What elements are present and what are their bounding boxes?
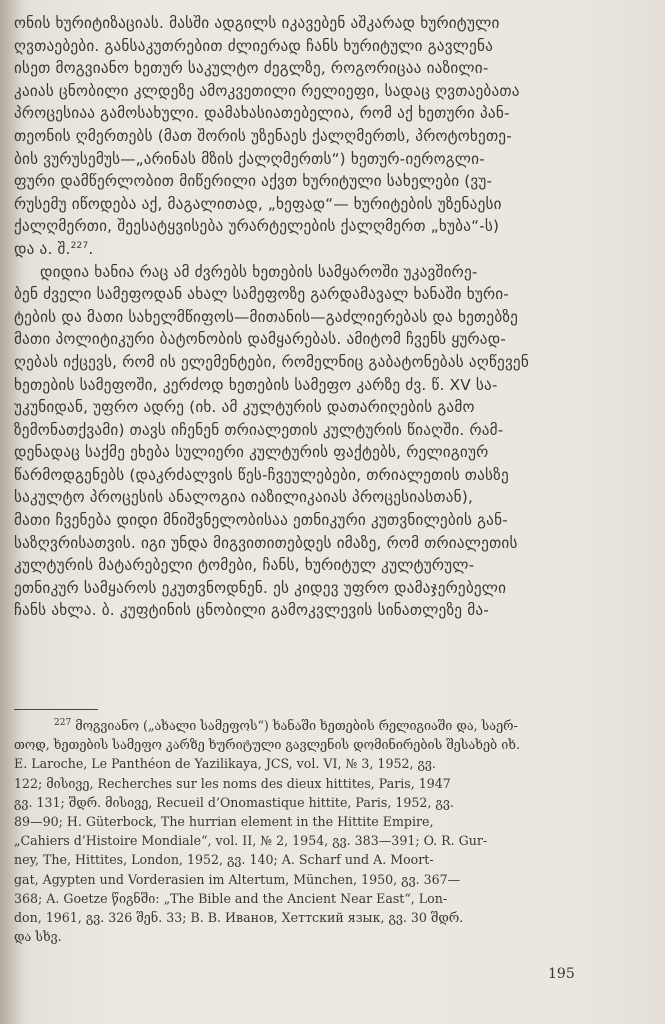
footnote-line: 89—90; H. Güterbock, The hurrian element… bbox=[14, 812, 580, 831]
text-line: ისეთ მოგვიანო ხეთურ საკულტო ძეგლზე, როგო… bbox=[14, 57, 574, 80]
text-line: ბენ ძველი სამეფოდან ახალ სამეფოზე გარდამ… bbox=[14, 283, 574, 306]
text-line: ონის ხურიტიზაციას. მასში ადგილს იკავებენ… bbox=[14, 12, 574, 35]
text-line: ღვთაებები. განსაკუთრებით ძლიერად ჩანს ხუ… bbox=[14, 35, 574, 58]
book-page: ონის ხურიტიზაციას. მასში ადგილს იკავებენ… bbox=[0, 0, 665, 1024]
footnote-marker: 227 bbox=[54, 718, 71, 728]
text-line: წარმოდგენებს (დაკრძალვის წეს-ჩვეულებები,… bbox=[14, 464, 574, 487]
body-text: ონის ხურიტიზაციას. მასში ადგილს იკავებენ… bbox=[14, 12, 574, 622]
text-line: რუსემუ იწოდება აქ, მაგალითად, „ხეფად“— ხ… bbox=[14, 193, 574, 216]
text-line: მათი პოლიტიკური ბატონობის დამყარებას. ამ… bbox=[14, 328, 574, 351]
footnote-line: E. Laroche, Le Panthéon de Yazilikaya, J… bbox=[14, 754, 580, 773]
text-line: ხეთების სამეფოში, კერძოდ ხეთების სამეფო … bbox=[14, 374, 574, 397]
text-line: კაიას ცნობილი კლდეზე ამოკვეთილი რელიეფი,… bbox=[14, 80, 574, 103]
text-line: ჩანს ახლა. ბ. კუფტინის ცნობილი გამოკვლევ… bbox=[14, 599, 574, 622]
footnote-line: გვ. 131; შდრ. მისივე, Recueil d’Onomasti… bbox=[14, 793, 580, 812]
footnote-line: 368; A. Goetze წიგნში: „The Bible and th… bbox=[14, 889, 580, 908]
footnote-line: gat, Agypten und Vorderasien im Altertum… bbox=[14, 870, 580, 889]
footnote-divider bbox=[14, 709, 98, 710]
text-line: ტების და მათი სახელმწიფოს—მითანის—გაძლიე… bbox=[14, 306, 574, 329]
text-line: ქალღმერთი, შეესატყვისება ურარტელების ქალ… bbox=[14, 215, 574, 238]
footnote-reference[interactable]: 227 bbox=[71, 241, 89, 251]
footnote-line: ney, The, Hittites, London, 1952, გვ. 14… bbox=[14, 850, 580, 869]
text-line: ღებას იქცევს, რომ ის ელემენტები, რომელნი… bbox=[14, 351, 574, 374]
footnote-line: 122; მისივე, Recherches sur les noms des… bbox=[14, 774, 580, 793]
text-line: მათი ჩვენება დიდი მნიშვნელობისაა ეთნიკურ… bbox=[14, 509, 574, 532]
footnote-line: don, 1961, გვ. 326 შენ. 33; В. В. Иванов… bbox=[14, 908, 580, 927]
text-line: უკუნიდან, უფრო ადრე (იხ. ამ კულტურის დათ… bbox=[14, 396, 574, 419]
text-line: საზღვრისათვის. იგი უნდა მიგვითითებდეს იმ… bbox=[14, 532, 574, 555]
text-line: ბის ვურუსემუს—„არინას მზის ქალღმერთს“) ხ… bbox=[14, 148, 574, 171]
text-line: ფური დამწერლობით მიწერილი აქვთ ხურიტული … bbox=[14, 170, 574, 193]
footnote-line: „Cahiers d’Histoire Mondiale“, vol. II, … bbox=[14, 831, 580, 850]
footnote-line: და სხვ. bbox=[14, 927, 580, 946]
text-line: თეონის ღმერთებს (მათ შორის უზენაეს ქალღმ… bbox=[14, 125, 574, 148]
footnote: 227 მოგვიანო („ახალი სამეფოს“) ხანაში ხე… bbox=[14, 716, 580, 946]
footnote-line: 227 მოგვიანო („ახალი სამეფოს“) ხანაში ხე… bbox=[14, 716, 580, 735]
paragraph-start: დიდია ხანია რაც ამ ძვრებს ხეთების სამყარ… bbox=[14, 261, 574, 284]
text-line-last: და ა. შ.227. bbox=[14, 238, 574, 261]
page-number: 195 bbox=[548, 966, 575, 982]
text-line: საკულტო პროცესის ანალოგია იაზილიკაიას პრ… bbox=[14, 486, 574, 509]
text-line: პროცესიაა გამოსახული. დამახასიათებელია, … bbox=[14, 102, 574, 125]
text-line: ეთნიკურ სამყაროს ეკუთვნოდნენ. ეს კიდევ უ… bbox=[14, 577, 574, 600]
text-line: ზემონათქვამი) თავს იჩენენ თრიალეთის კულტ… bbox=[14, 419, 574, 442]
footnote-line: თოდ, ხეთების სამეფო კარზე ხურიტული გავლე… bbox=[14, 735, 580, 754]
text-line: დენადაც საქმე ეხება სულიერი კულტურის ფაქ… bbox=[14, 441, 574, 464]
text-line: კულტურის მატარებელი ტომები, ჩანს, ხურიტუ… bbox=[14, 554, 574, 577]
